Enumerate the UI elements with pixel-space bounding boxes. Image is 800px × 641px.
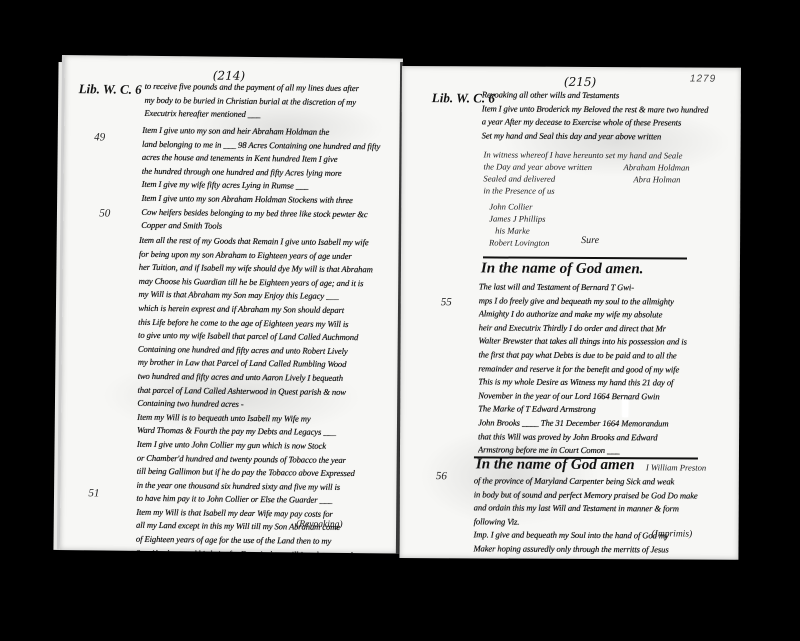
- witness-name: Robert Lovington: [489, 236, 549, 248]
- text-line: of the province of Maryland Carpenter be…: [474, 474, 730, 489]
- margin-entry-number: 51: [88, 487, 99, 499]
- text-line: Maker hoping assuredly only through the …: [473, 542, 729, 557]
- text-line: This is my whole Desire as Witness my ha…: [478, 376, 734, 391]
- page-number: (215): [564, 75, 596, 89]
- text-line: in body but of sound and perfect Memory …: [474, 488, 730, 503]
- text-block-c: Item all the rest of my Goods that Remai…: [135, 234, 395, 554]
- text-line: remainder and reserve it for the benefit…: [478, 362, 734, 377]
- signature-name: Abraham Holdman: [623, 161, 689, 173]
- section-divider: [483, 256, 687, 259]
- margin-entry-number: 49: [94, 131, 105, 143]
- text-line: November in the year of our Lord 1664 Be…: [478, 389, 734, 404]
- catchword: (Revoaking): [296, 519, 343, 529]
- margin-entry-number: 56: [436, 470, 447, 482]
- text-line: following Viz.: [474, 515, 730, 530]
- folio-number: 1279: [690, 74, 716, 85]
- margin-entry-number: 55: [441, 296, 452, 308]
- scan-background: (214) Lib. W. C. 6 to receive five pound…: [0, 0, 800, 641]
- catchword: (Imprimis): [652, 529, 693, 539]
- margin-entry-number: 50: [99, 207, 110, 219]
- text-line: The last will and Testament of Bernard T…: [479, 280, 735, 295]
- left-page: (214) Lib. W. C. 6 to receive five pound…: [57, 55, 403, 554]
- testator-signature: Abraham Holdman Abra Holman: [623, 161, 689, 185]
- text-line: Copper and Smith Tools: [141, 219, 393, 235]
- text-line: Christ my Saviour to be made partaker of…: [473, 556, 729, 560]
- text-line: Almighty I do authorize and make my wife…: [479, 308, 735, 323]
- text-line: mps I do freely give and bequeath my sou…: [479, 294, 735, 309]
- liber-label: Lib. W. C. 6: [79, 81, 142, 98]
- text-line: Revoaking all other wills and Testaments: [482, 88, 722, 103]
- will-heading: In the name of God amen.: [481, 260, 644, 278]
- text-line: heir and Executrix Thirdly I do order an…: [479, 321, 735, 336]
- text-line: Item I give unto Broderick my Beloved th…: [482, 102, 722, 117]
- witness-list: John Collier James J Phillips his Marke …: [489, 200, 550, 248]
- will-55-text: The last will and Testament of Bernard T…: [478, 280, 735, 458]
- text-line: that this Will was proved by John Brooks…: [478, 430, 734, 445]
- witness-name: James J Phillips: [489, 212, 549, 224]
- text-line: in the Presence of us: [483, 184, 682, 197]
- testator-name: I William Preston: [646, 461, 706, 473]
- text-line: John Brooks ____ The 31 December 1664 Me…: [478, 416, 734, 431]
- text-line: Walter Brewster that takes all things in…: [479, 335, 735, 350]
- will-heading: In the name of God amen: [476, 456, 635, 474]
- text-line: and ordain this my last Will and Testame…: [474, 502, 730, 517]
- text-line: Executrix hereafter mentioned ___: [144, 107, 394, 123]
- text-line: the first that pay what Debts is due to …: [478, 348, 734, 363]
- witness-name: John Collier: [489, 200, 549, 212]
- witness-mark: his Marke: [489, 224, 549, 236]
- text-line: a year After my decease to Exercise whol…: [482, 116, 722, 131]
- text-block-b: Item I give unto my son and heir Abraham…: [141, 124, 394, 235]
- text-line: Set my hand and Seal this day and year a…: [482, 129, 722, 144]
- will-56-text: of the province of Maryland Carpenter be…: [473, 474, 730, 559]
- seal-note: Sure: [581, 235, 599, 247]
- text-block-a: to receive five pounds and the payment o…: [144, 80, 394, 123]
- text-line: In witness whereof I have hereunto set m…: [484, 148, 683, 161]
- signature-mark: Abra Holman: [623, 173, 689, 185]
- text-line: The Marke of T Edward Armstrong: [478, 403, 734, 418]
- text-block-closing: Revoaking all other wills and Testaments…: [482, 88, 722, 144]
- right-page: (215) 1279 Lib. W. C. 6 Revoaking all ot…: [399, 66, 741, 560]
